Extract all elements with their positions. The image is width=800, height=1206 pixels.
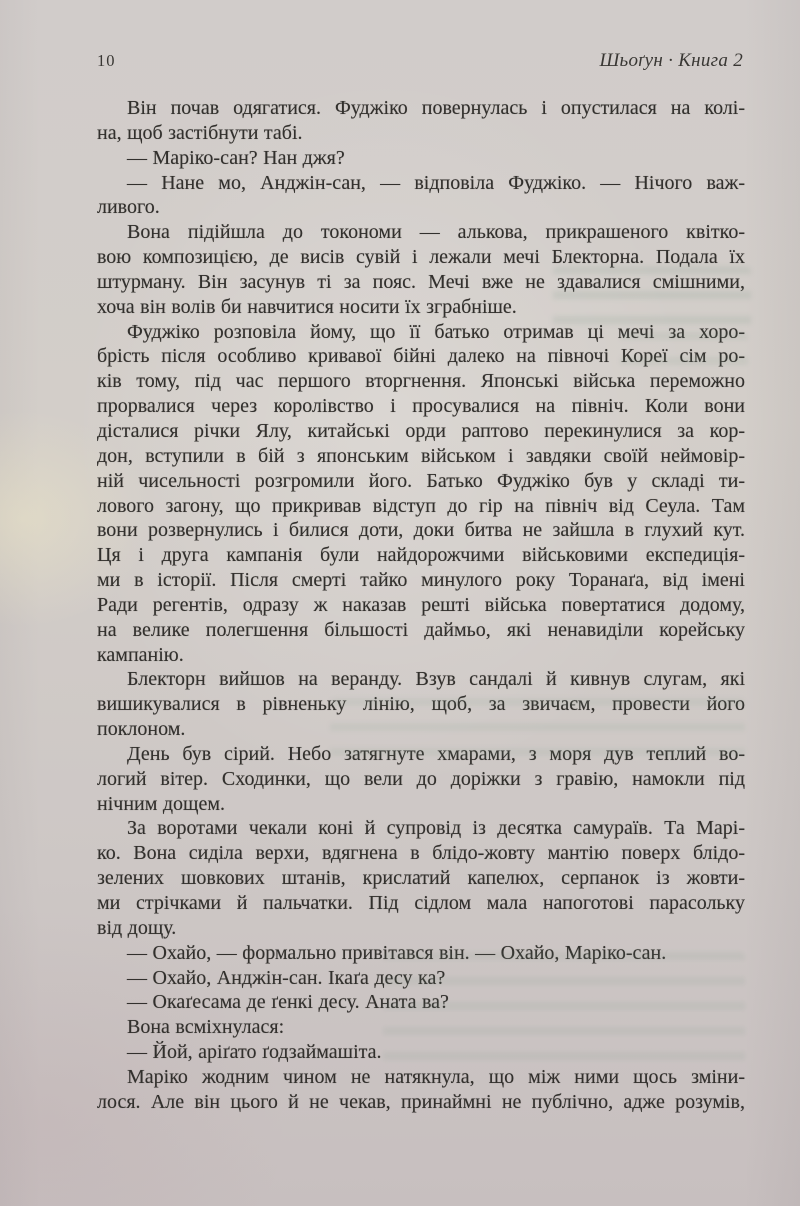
reverse-side-bleed-through <box>553 266 751 330</box>
text-line: ми стрічками й пальчатки. Під сідлом мал… <box>97 891 745 916</box>
text-line: ній чисельності розгромили його. Батько … <box>97 469 745 494</box>
running-header: 10 Шьоґун · Книга 2 <box>97 50 743 76</box>
text-line: зелених шовкових штанів, крислатий капел… <box>97 866 745 891</box>
running-title: Шьоґун · Книга 2 <box>599 50 743 72</box>
text-line: прорвалися через королівство і просували… <box>97 394 745 419</box>
text-line: За воротами чекали коні й супровід із де… <box>97 816 745 841</box>
text-line: лося. Але він цього й не чекав, принаймн… <box>97 1090 745 1115</box>
reverse-side-bleed-through <box>330 698 745 770</box>
text-line: від дощу. <box>97 916 745 941</box>
text-line: дісталися річки Ялу, китайські орди рапт… <box>97 419 745 444</box>
text-line: дон, вступили в бій з японським військом… <box>97 444 745 469</box>
reverse-side-bleed-through <box>620 332 748 370</box>
text-line: Ради регентів, одразу ж наказав решті ві… <box>97 593 745 618</box>
text-line: — Нане мо, Анджін-сан, — відповіла Фуджі… <box>97 171 745 196</box>
text-line: Ця і друга кампанія були найдорожчими ві… <box>97 543 745 568</box>
text-line: логий вітер. Сходинки, що вели до доріжк… <box>97 767 745 792</box>
text-line: нічним дощем. <box>97 792 745 817</box>
text-line: ків тому, під час першого вторгнення. Яп… <box>97 369 745 394</box>
text-line: лового загону, що прикривав відступ до г… <box>97 494 745 519</box>
book-page-photo: 10 Шьоґун · Книга 2 Він почав одягатися.… <box>0 0 800 1206</box>
text-line: ми в історії. Після смерті тайко минулог… <box>97 568 745 593</box>
text-line: вони розвернулись і билися доти, доки би… <box>97 518 745 543</box>
text-line: ливого. <box>97 195 745 220</box>
text-line: кампанію. <box>97 643 745 668</box>
text-line: ко. Вона сиділа верхи, вдягнена в блідо-… <box>97 841 745 866</box>
text-line: — Маріко-сан? Нан джя? <box>97 146 745 171</box>
text-line: Вона підійшла до токономи — алькова, при… <box>97 220 745 245</box>
text-line: на, щоб застібнути табі. <box>97 121 745 146</box>
reverse-side-bleed-through <box>383 952 745 1068</box>
text-line: на велике полегшення більшості даймьо, я… <box>97 618 745 643</box>
text-line: Блекторн вийшов на веранду. Взув сандалі… <box>97 667 745 692</box>
text-line: Він почав одягатися. Фуджіко повернулась… <box>97 96 745 121</box>
text-line: Маріко жодним чином не натякнула, що між… <box>97 1065 745 1090</box>
page-number: 10 <box>97 51 116 71</box>
